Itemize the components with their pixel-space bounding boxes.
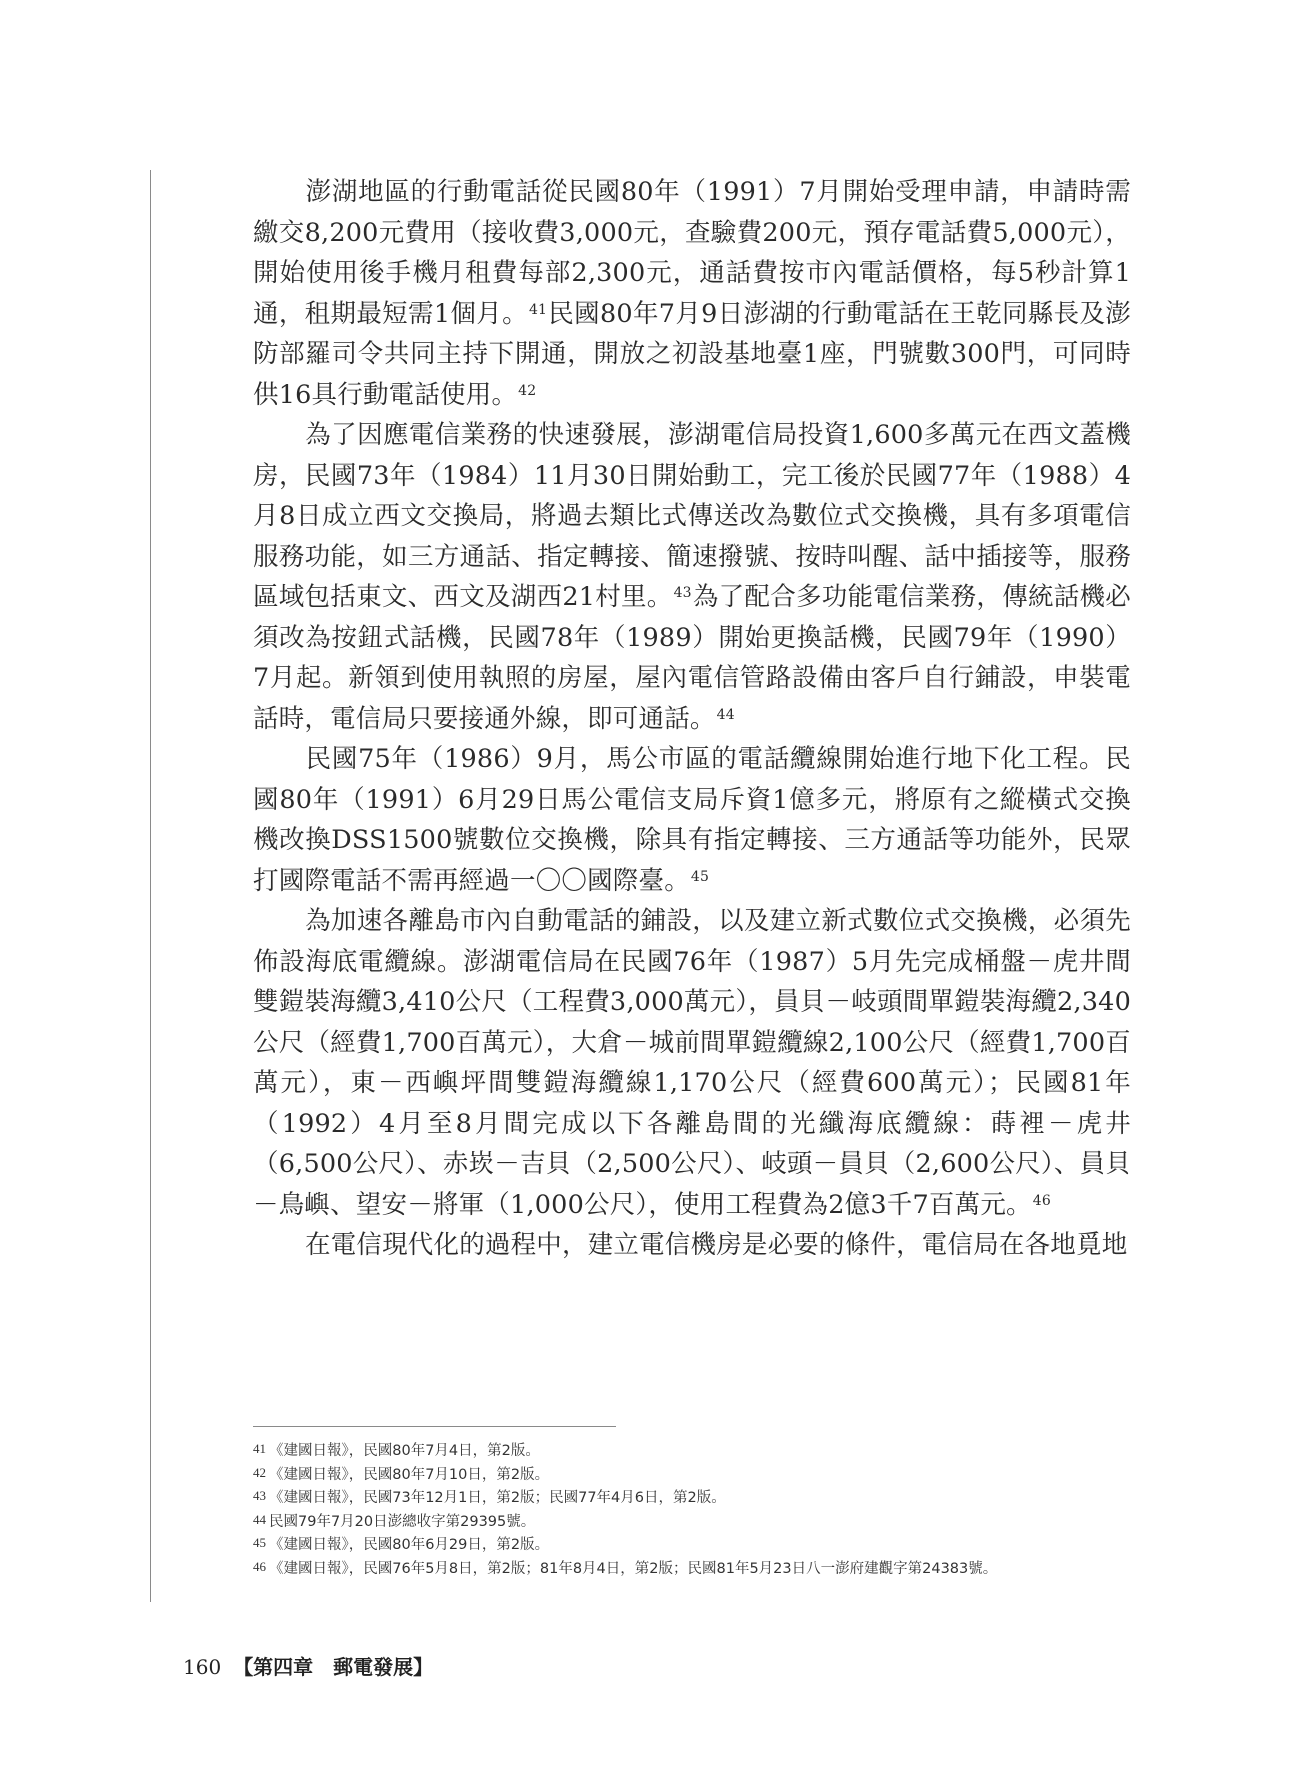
footnote-number: 43 bbox=[253, 1488, 266, 1503]
footnote-ref[interactable]: 45 bbox=[691, 869, 709, 885]
body-text: 澎湖地區的行動電話從民國80年（1991）7月開始受理申請，申請時需繳交8,20… bbox=[253, 172, 1131, 1266]
footnote-ref[interactable]: 44 bbox=[717, 707, 735, 723]
footnote-text: 《建國日報》，民國80年7月4日，第2版。 bbox=[269, 1443, 540, 1459]
footnote-ref[interactable]: 43 bbox=[674, 585, 692, 601]
footnote-45: 45《建國日報》，民國80年6月29日，第2版。 bbox=[253, 1534, 1153, 1558]
footnotes: 41《建國日報》，民國80年7月4日，第2版。 42《建國日報》，民國80年7月… bbox=[253, 1440, 1153, 1581]
footnote-text: 《建國日報》，民國76年5月8日，第2版；81年8月4日，第2版；民國81年5月… bbox=[269, 1561, 997, 1577]
footnote-43: 43《建國日報》，民國73年12月1日，第2版；民國77年4月6日，第2版。 bbox=[253, 1487, 1153, 1511]
footnote-number: 44 bbox=[253, 1512, 266, 1527]
footnote-number: 42 bbox=[253, 1465, 266, 1480]
margin-rule bbox=[150, 170, 151, 1602]
page-number: 160 bbox=[183, 1655, 221, 1679]
footnote-text: 《建國日報》，民國80年7月10日，第2版。 bbox=[269, 1467, 549, 1483]
paragraph-text: 在電信現代化的過程中，建立電信機房是必要的條件，電信局在各地覓地 bbox=[305, 1230, 1127, 1260]
paragraph-mobile-phone: 澎湖地區的行動電話從民國80年（1991）7月開始受理申請，申請時需繳交8,20… bbox=[253, 172, 1131, 415]
footnote-text: 民國79年7月20日澎總收字第29395號。 bbox=[269, 1514, 535, 1530]
footnote-ref[interactable]: 42 bbox=[518, 383, 536, 399]
paragraph-underground-cable: 民國75年（1986）9月，馬公市區的電話纜線開始進行地下化工程。民國80年（1… bbox=[253, 739, 1131, 901]
footnote-separator bbox=[253, 1426, 616, 1427]
footnote-number: 45 bbox=[253, 1535, 266, 1550]
paragraph-telecom-rooms: 在電信現代化的過程中，建立電信機房是必要的條件，電信局在各地覓地 bbox=[253, 1225, 1131, 1266]
footnote-ref[interactable]: 46 bbox=[1033, 1193, 1051, 1209]
footnote-text: 《建國日報》，民國73年12月1日，第2版；民國77年4月6日，第2版。 bbox=[269, 1490, 726, 1506]
paragraph-xiwen-exchange: 為了因應電信業務的快速發展，澎湖電信局投資1,600多萬元在西文蓋機房，民國73… bbox=[253, 415, 1131, 739]
footnote-44: 44民國79年7月20日澎總收字第29395號。 bbox=[253, 1511, 1153, 1535]
footnote-42: 42《建國日報》，民國80年7月10日，第2版。 bbox=[253, 1464, 1153, 1488]
footnote-46: 46《建國日報》，民國76年5月8日，第2版；81年8月4日，第2版；民國81年… bbox=[253, 1558, 1153, 1582]
paragraph-text: 為加速各離島市內自動電話的鋪設，以及建立新式數位式交換機，必須先佈設海底電纜線。… bbox=[253, 906, 1131, 1220]
footnote-ref[interactable]: 41 bbox=[529, 302, 547, 318]
paragraph-submarine-cable: 為加速各離島市內自動電話的鋪設，以及建立新式數位式交換機，必須先佈設海底電纜線。… bbox=[253, 901, 1131, 1225]
footnote-number: 46 bbox=[253, 1559, 266, 1574]
footnote-41: 41《建國日報》，民國80年7月4日，第2版。 bbox=[253, 1440, 1153, 1464]
page-footer: 160【第四章 郵電發展】 bbox=[183, 1651, 433, 1680]
footnote-text: 《建國日報》，民國80年6月29日，第2版。 bbox=[269, 1537, 549, 1553]
footnote-number: 41 bbox=[253, 1441, 266, 1456]
chapter-label: 【第四章 郵電發展】 bbox=[233, 1655, 433, 1679]
